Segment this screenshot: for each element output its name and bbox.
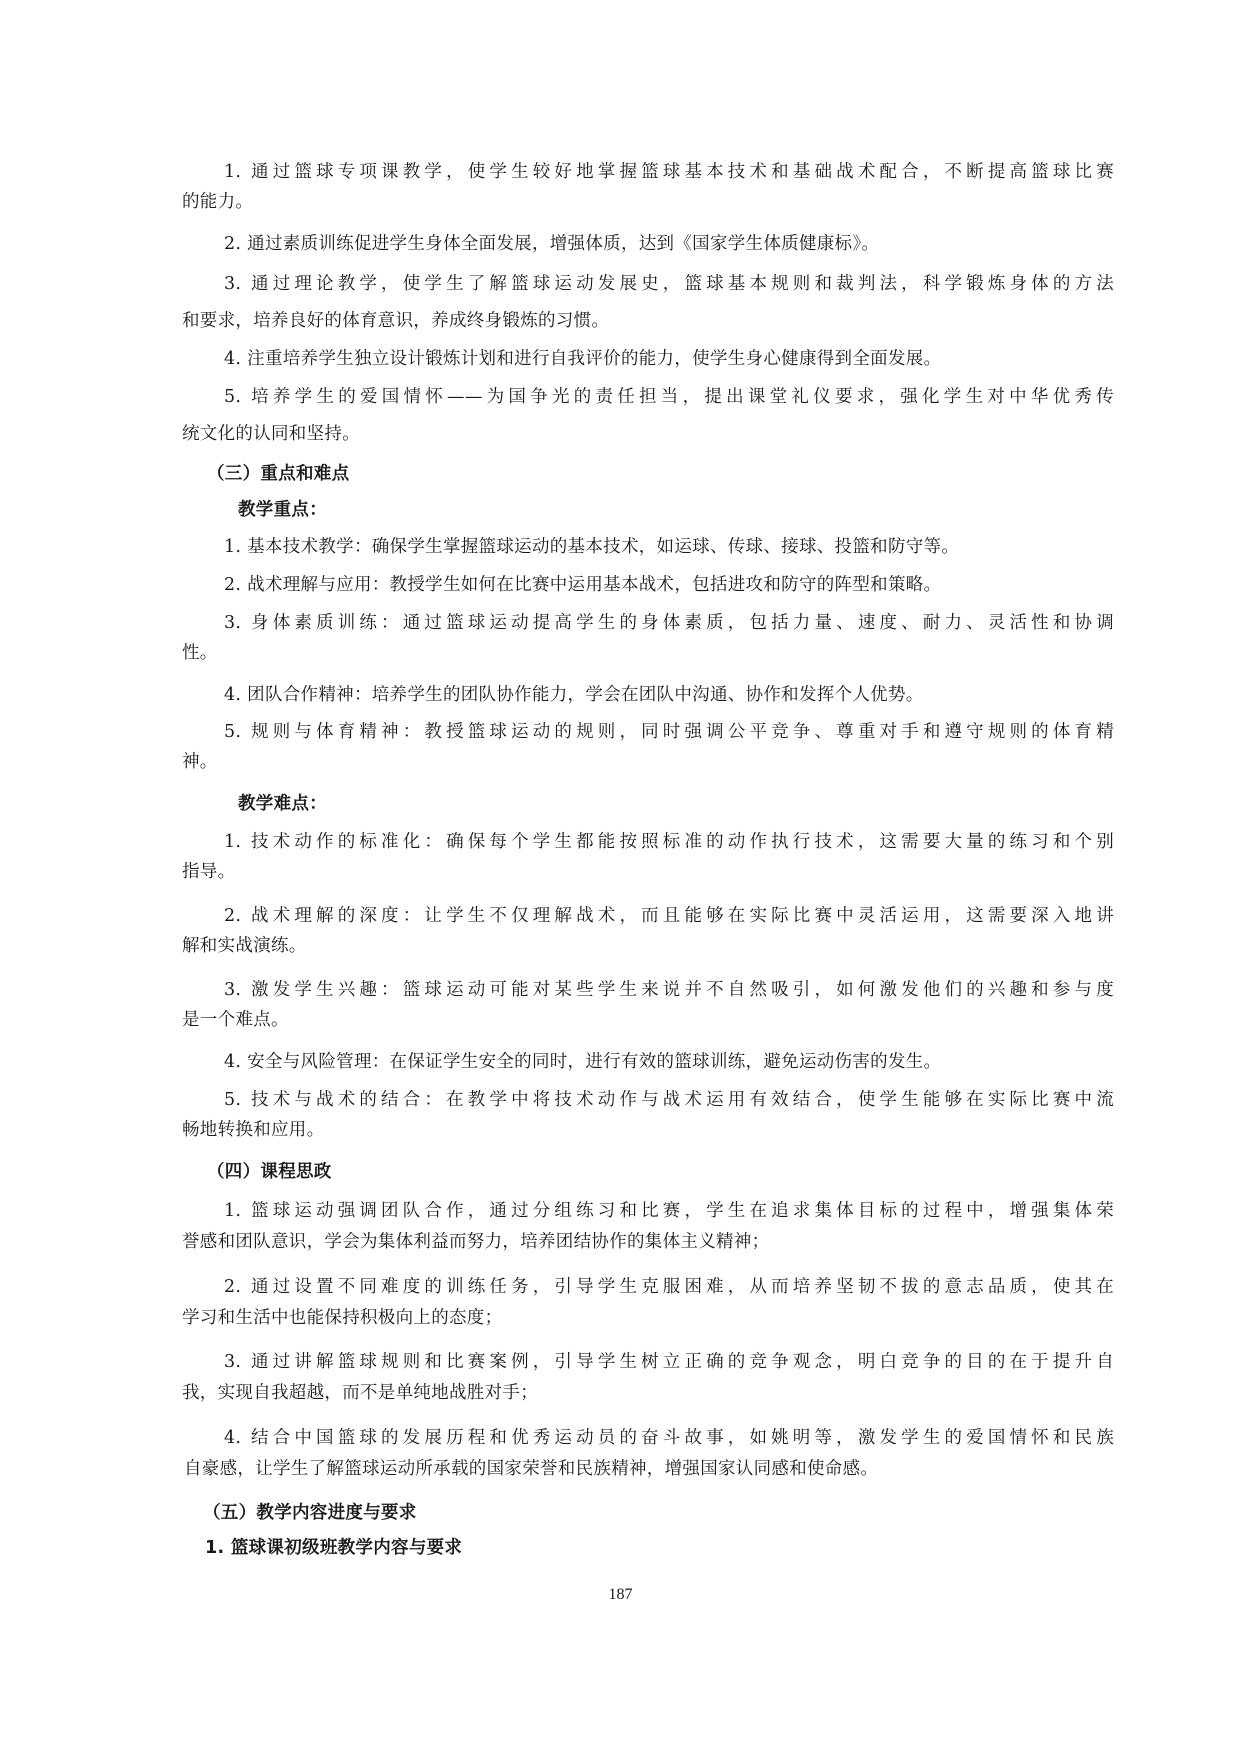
difficult-point-1-line-2: 指导。 bbox=[182, 860, 1114, 884]
section-5-title: （五）教学内容进度与要求 bbox=[203, 1501, 417, 1525]
difficult-point-2-line-1: 2. 战术理解的深度：让学生不仅理解战术，而且能够在实际比赛中灵活运用，这需要深… bbox=[224, 904, 1114, 928]
ideology-item-4-line-2: 自豪感，让学生了解篮球运动所承载的国家荣誉和民族精神，增强国家认同感和使命感。 bbox=[184, 1457, 1116, 1481]
key-points-heading: 教学重点： bbox=[238, 498, 327, 522]
key-point-4: 4. 团队合作精神：培养学生的团队协作能力，学会在团队中沟通、协作和发挥个人优势… bbox=[224, 683, 1114, 707]
key-point-3-line-1: 3. 身体素质训练：通过篮球运动提高学生的身体素质，包括力量、速度、耐力、灵活性… bbox=[224, 611, 1114, 635]
difficult-point-3-line-1: 3. 激发学生兴趣：篮球运动可能对某些学生来说并不自然吸引，如何激发他们的兴趣和… bbox=[224, 978, 1114, 1002]
difficult-points-heading: 教学难点： bbox=[238, 792, 327, 816]
ideology-item-4-line-1: 4. 结合中国篮球的发展历程和优秀运动员的奋斗故事，如姚明等，激发学生的爱国情怀… bbox=[224, 1426, 1114, 1450]
ideology-item-2-line-1: 2. 通过设置不同难度的训练任务，引导学生克服困难，从而培养坚韧不拔的意志品质，… bbox=[224, 1275, 1114, 1299]
difficult-point-5-line-2: 畅地转换和应用。 bbox=[182, 1118, 1114, 1142]
ideology-item-3-line-1: 3. 通过讲解篮球规则和比赛案例，引导学生树立正确的竞争观念，明白竞争的目的在于… bbox=[224, 1350, 1114, 1374]
goal-5-line-2: 统文化的认同和坚持。 bbox=[182, 422, 1114, 446]
goal-3-line-2: 和要求，培养良好的体育意识，养成终身锻炼的习惯。 bbox=[182, 309, 1114, 333]
difficult-point-3-line-2: 是一个难点。 bbox=[182, 1008, 1114, 1032]
goal-1-line-2: 的能力。 bbox=[182, 190, 1114, 214]
goal-5-line-1: 5. 培养学生的爱国情怀——为国争光的责任担当，提出课堂礼仪要求，强化学生对中华… bbox=[224, 385, 1114, 409]
difficult-point-4: 4. 安全与风险管理：在保证学生安全的同时，进行有效的篮球训练，避免运动伤害的发… bbox=[224, 1050, 1114, 1074]
section-3-title: （三）重点和难点 bbox=[207, 462, 349, 486]
page-number: 187 bbox=[0, 1586, 1241, 1604]
goal-2: 2. 通过素质训练促进学生身体全面发展，增强体质，达到《国家学生体质健康标》。 bbox=[224, 232, 1114, 256]
section-5-subtitle: 1. 篮球课初级班教学内容与要求 bbox=[205, 1536, 462, 1560]
goal-1-line-1: 1. 通过篮球专项课教学，使学生较好地掌握篮球基本技术和基础战术配合，不断提高篮… bbox=[224, 160, 1114, 184]
difficult-point-2-line-2: 解和实战演练。 bbox=[182, 934, 1114, 958]
ideology-item-3-line-2: 我，实现自我超越，而不是单纯地战胜对手； bbox=[182, 1381, 1114, 1405]
difficult-point-1-line-1: 1. 技术动作的标准化：确保每个学生都能按照标准的动作执行技术，这需要大量的练习… bbox=[224, 830, 1114, 854]
section-4-title: （四）课程思政 bbox=[207, 1160, 332, 1184]
key-point-3-line-2: 性。 bbox=[182, 641, 1114, 665]
goal-4: 4. 注重培养学生独立设计锻炼计划和进行自我评价的能力，使学生身心健康得到全面发… bbox=[224, 347, 1114, 371]
document-page: 1. 通过篮球专项课教学，使学生较好地掌握篮球基本技术和基础战术配合，不断提高篮… bbox=[0, 0, 1241, 1755]
goal-3-line-1: 3. 通过理论教学，使学生了解篮球运动发展史，篮球基本规则和裁判法，科学锻炼身体… bbox=[224, 272, 1114, 296]
ideology-item-1-line-1: 1. 篮球运动强调团队合作，通过分组练习和比赛，学生在追求集体目标的过程中，增强… bbox=[224, 1199, 1114, 1223]
ideology-item-2-line-2: 学习和生活中也能保持积极向上的态度； bbox=[182, 1306, 1114, 1330]
ideology-item-1-line-2: 誉感和团队意识，学会为集体利益而努力，培养团结协作的集体主义精神； bbox=[182, 1230, 1114, 1254]
key-point-5-line-1: 5. 规则与体育精神：教授篮球运动的规则，同时强调公平竞争、尊重对手和遵守规则的… bbox=[224, 720, 1114, 744]
key-point-2: 2. 战术理解与应用：教授学生如何在比赛中运用基本战术，包括进攻和防守的阵型和策… bbox=[224, 573, 1114, 597]
key-point-1: 1. 基本技术教学：确保学生掌握篮球运动的基本技术，如运球、传球、接球、投篮和防… bbox=[224, 535, 1114, 559]
key-point-5-line-2: 神。 bbox=[182, 750, 1114, 774]
difficult-point-5-line-1: 5. 技术与战术的结合：在教学中将技术动作与战术运用有效结合，使学生能够在实际比… bbox=[224, 1088, 1114, 1112]
